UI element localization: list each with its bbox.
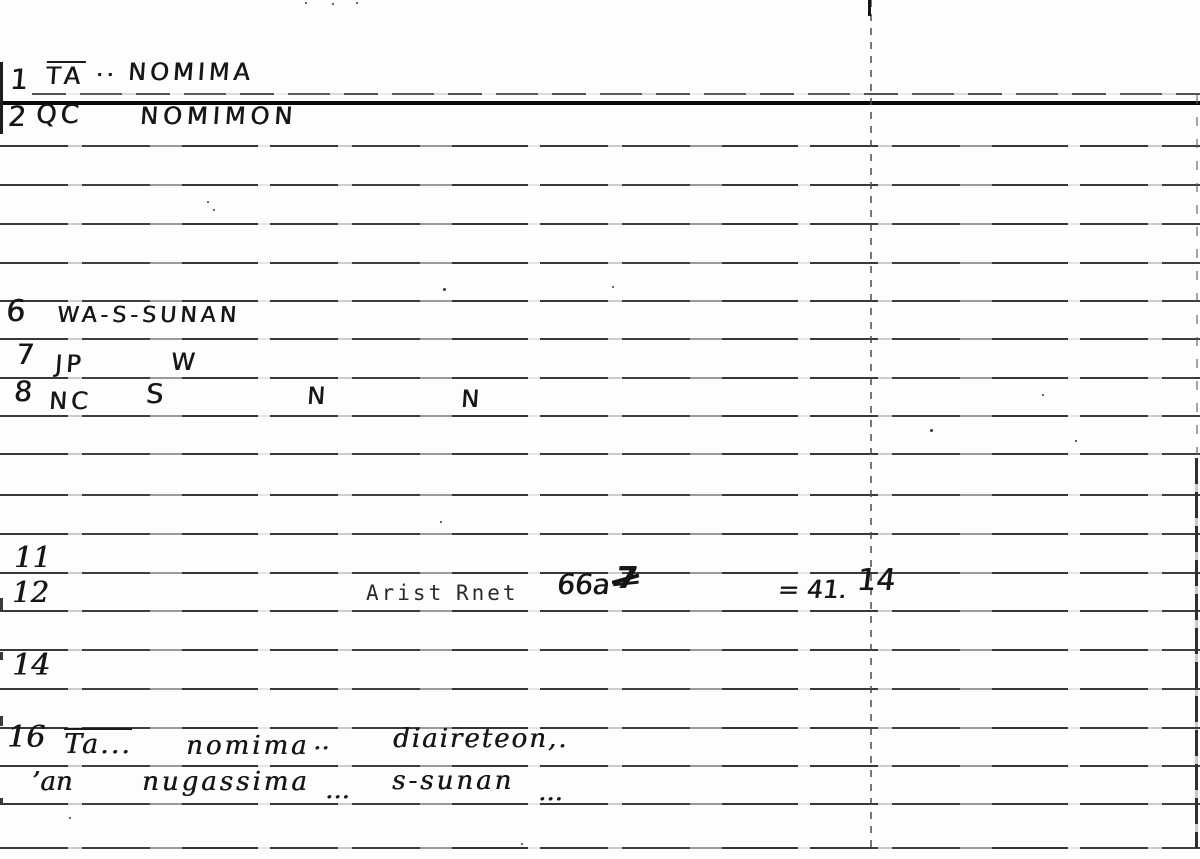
scan-edge-artifact — [1195, 458, 1198, 848]
scan-speck — [443, 288, 446, 291]
scan-speck — [213, 209, 215, 211]
scan-speck — [207, 201, 209, 203]
scan-speck — [356, 2, 358, 4]
scan-edge-artifact — [0, 62, 3, 134]
scan-edge-artifact — [0, 798, 3, 805]
scan-speck — [1075, 440, 1077, 442]
scan-speck — [69, 817, 71, 819]
scan-speck — [612, 286, 614, 288]
scan-speck — [440, 521, 442, 523]
scan-edge-artifact — [0, 652, 3, 660]
scan-speck — [332, 3, 334, 5]
scan-speck — [1042, 394, 1044, 396]
scan-speck — [930, 429, 933, 432]
scan-edge-artifact — [0, 598, 3, 612]
index-card: 1TA..NOMIMA2QCNOMIMON6WA-S-SUNAN7JPW8NCS… — [0, 0, 1200, 859]
scan-speck — [305, 2, 307, 4]
scan-artifacts-layer — [0, 0, 1200, 859]
scan-edge-artifact — [0, 716, 3, 726]
scan-edge-artifact — [1196, 95, 1198, 455]
scan-speck — [521, 843, 523, 845]
